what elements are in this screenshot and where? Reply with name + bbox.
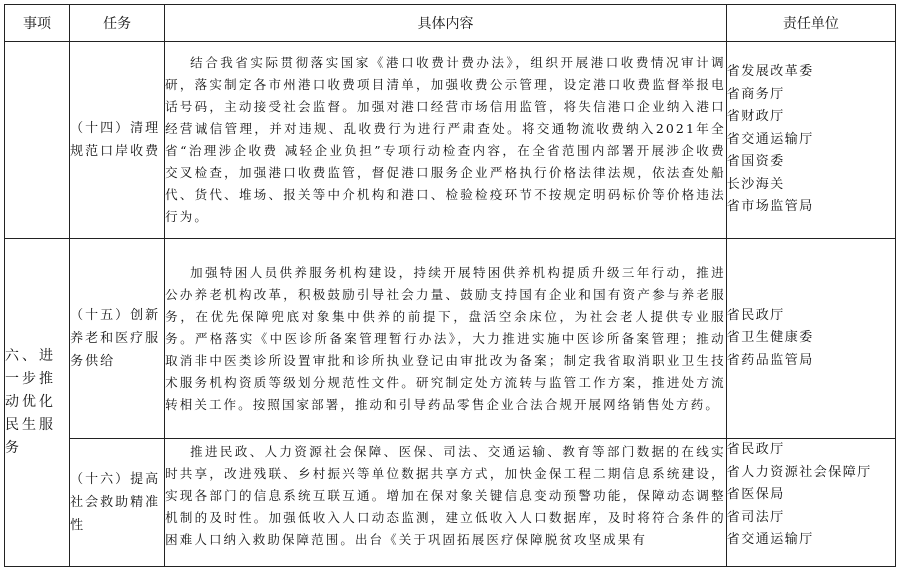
unit-name: 省商务厅 <box>727 84 895 107</box>
header-content: 具体内容 <box>165 5 727 42</box>
policy-task-table: 事项 任务 具体内容 责任单位 （十四）清理规范口岸收费 结合我省实际贯彻落实国… <box>4 4 896 567</box>
units-cell: 省民政厅 省人力资源社会保障厅 省医保局 省司法厅 省交通运输厅 <box>726 439 895 567</box>
content-text: 加强特困人员供养服务机构建设，持续开展特困供养机构提质升级三年行动，推进公办养老… <box>165 262 726 416</box>
task-cell: （十五）创新养老和医疗服务供给 <box>70 239 165 439</box>
unit-name: 省发展改革委 <box>727 61 895 84</box>
table-row: 六、进一步推动优化民生服务 （十五）创新养老和医疗服务供给 加强特困人员供养服务… <box>5 239 896 439</box>
units-cell: 省发展改革委 省商务厅 省财政厅 省交通运输厅 省国资委 长沙海关 省市场监管局 <box>726 42 895 239</box>
unit-name: 省交通运输厅 <box>727 129 895 152</box>
section-item-cell: 六、进一步推动优化民生服务 <box>5 239 70 567</box>
content-cell: 结合我省实际贯彻落实国家《港口收费计费办法》，组织开展港口收费情况审计调研，落实… <box>165 42 727 239</box>
table-row: （十六）提高社会救助精准性 推进民政、人力资源社会保障、医保、司法、交通运输、教… <box>5 439 896 567</box>
content-cell: 加强特困人员供养服务机构建设，持续开展特困供养机构提质升级三年行动，推进公办养老… <box>165 239 727 439</box>
content-cell: 推进民政、人力资源社会保障、医保、司法、交通运输、教育等部门数据的在线实时共享，… <box>165 439 727 567</box>
table-header-row: 事项 任务 具体内容 责任单位 <box>5 5 896 42</box>
unit-name: 省卫生健康委 <box>727 327 895 350</box>
unit-name: 省民政厅 <box>727 305 895 328</box>
unit-name: 省财政厅 <box>727 106 895 129</box>
content-clip: 推进民政、人力资源社会保障、医保、司法、交通运输、教育等部门数据的在线实时共享，… <box>165 441 726 565</box>
content-text: 推进民政、人力资源社会保障、医保、司法、交通运输、教育等部门数据的在线实时共享，… <box>165 441 726 551</box>
unit-name: 省司法厅 <box>727 507 895 530</box>
unit-name: 省国资委 <box>727 151 895 174</box>
unit-name: 省交通运输厅 <box>727 529 895 552</box>
unit-name: 省市场监管局 <box>727 196 895 219</box>
header-task: 任务 <box>70 5 165 42</box>
unit-name: 长沙海关 <box>727 174 895 197</box>
unit-name: 省人力资源社会保障厅 <box>727 462 895 485</box>
table-row: （十四）清理规范口岸收费 结合我省实际贯彻落实国家《港口收费计费办法》，组织开展… <box>5 42 896 239</box>
unit-name: 省医保局 <box>727 484 895 507</box>
unit-name: 省药品监管局 <box>727 350 895 373</box>
task-cell: （十四）清理规范口岸收费 <box>70 42 165 239</box>
units-cell: 省民政厅 省卫生健康委 省药品监管局 <box>726 239 895 439</box>
header-responsible-units: 责任单位 <box>726 5 895 42</box>
item-cell-empty <box>5 42 70 239</box>
task-cell: （十六）提高社会救助精准性 <box>70 439 165 567</box>
unit-name: 省民政厅 <box>727 439 895 462</box>
content-text: 结合我省实际贯彻落实国家《港口收费计费办法》，组织开展港口收费情况审计调研，落实… <box>165 52 726 228</box>
header-item: 事项 <box>5 5 70 42</box>
